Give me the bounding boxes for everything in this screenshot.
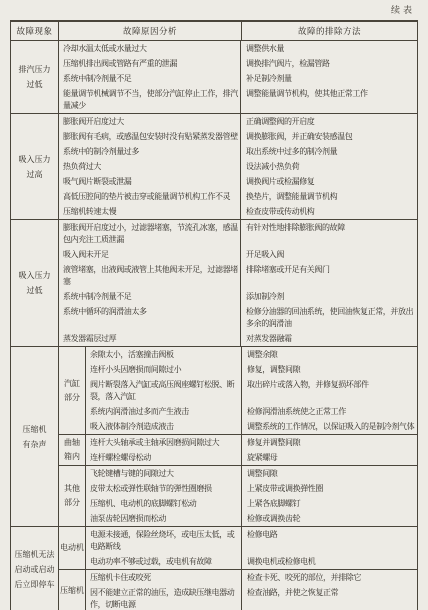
- cause-cell: 热负荷过大: [59, 159, 241, 174]
- cause-cell: 系统中制冷剂量不足: [59, 71, 241, 86]
- remedy-cell: 上紧皮带或调换弹性圈: [242, 481, 417, 496]
- rows-block: 冷却水温太低或水量过大调整供水量压缩机排出阀或管路有严重的泄漏调换排汽阀片，检漏…: [59, 41, 417, 113]
- cause-cell: 油泵齿轮因磨损而松动: [86, 511, 242, 526]
- remedy-cell: 对蒸发器融霜: [241, 331, 417, 346]
- header-cell: 故障的排除方法: [242, 22, 417, 40]
- remedy-cell: 检查皮带或传动机构: [241, 204, 417, 219]
- rows-block: 膨胀阀开启度过小，过滤器堵塞，节流孔冰塞，感温包内充注工质泄漏有针对性地排除膨胀…: [59, 220, 417, 346]
- cause-cell: 电动功率不够或过载，或电机有故障: [86, 554, 242, 569]
- table-row: 能量调节机械调节不当，使部分汽缸停止工作，排汽量减少调整能量调节机构，使其他正常…: [59, 86, 417, 113]
- rows-block: 飞轮键槽与键的间隙过大调整间隙皮带太松或弹性联轴节的弹性圈磨损上紧皮带或调换弹性…: [86, 466, 417, 526]
- cause-cell: 膨胀阀开启度过小，过滤器堵塞，节流孔冰塞，感温包内充注工质泄漏: [59, 220, 241, 247]
- remedy-cell: 换垫片，调整能量调节机构: [241, 189, 417, 204]
- table-row: 压缩机、电动机的底脚螺钉松动上紧各底脚螺钉: [86, 496, 417, 511]
- remedy-cell: 调整供水量: [241, 41, 417, 56]
- remedy-cell: 调整能量调节机构，使其他正常工作: [241, 86, 417, 113]
- remedy-cell: 正确调整阀的开启度: [241, 114, 417, 129]
- fault-table: 故障现象故障原因分析故障的排除方法排汽压力 过低冷却水温太低或水量过大调整供水量…: [10, 20, 418, 610]
- group-row: 吸入压力 过高膨胀阀开启度过大正确调整阀的开启度膨胀阀有毛病，或感温包安装时没有…: [11, 114, 417, 220]
- cause-cell: 压缩机卡住或咬死: [86, 570, 242, 585]
- cause-cell: 压缩机转速太慢: [59, 204, 241, 219]
- remedy-cell: 检查卡死、咬死的部位，并排除它: [242, 570, 417, 585]
- phenomenon-cell: 压缩机 有杂声: [11, 347, 59, 526]
- rows-block: 电源未接通，保险丝烧坏，或电压太低，或电路断线检修电路电动功率不够或过载，或电机…: [86, 527, 417, 569]
- remedy-cell: 调整系统的工作情况，以保证吸入的是制冷剂气体: [242, 419, 417, 434]
- cause-cell: 连杆大头轴承或主轴承因磨损间隙过大: [86, 435, 242, 450]
- group-row: 排汽压力 过低冷却水温太低或水量过大调整供水量压缩机排出阀或管路有严重的泄漏调换…: [11, 41, 417, 114]
- remedy-cell: 旋紧螺母: [242, 450, 417, 465]
- cause-cell: 飞轮键槽与键的间隙过大: [86, 466, 242, 481]
- subgroup-row: 汽缸 部分余隙太小，活塞撞击阀板调整余隙连杆小头因磨损而间隙过小修复，调整间隙阀…: [59, 347, 417, 435]
- cause-cell: 连杆螺栓螺母松动: [86, 450, 242, 465]
- table-row: 吸入阀未开足开足吸入阀: [59, 247, 417, 262]
- part-cell: 曲轴 箱内: [59, 435, 86, 465]
- cause-cell: 冷却水温太低或水量过大: [59, 41, 241, 56]
- table-row: 余隙太小，活塞撞击阀板调整余隙: [86, 347, 417, 362]
- cause-cell: 连杆小头因磨损而间隙过小: [86, 362, 242, 377]
- cause-cell: 电源未接通，保险丝烧坏，或电压太低，或电路断线: [86, 527, 242, 554]
- cause-cell: 蒸发器霜层过厚: [59, 331, 241, 346]
- table-row: 系统中制冷剂量不足添加制冷剂: [59, 289, 417, 304]
- remedy-cell: 调整余隙: [242, 347, 417, 362]
- remedy-cell: 调整间隙: [242, 466, 417, 481]
- table-row: 飞轮键槽与键的间隙过大调整间隙: [86, 466, 417, 481]
- part-cell: 汽缸 部分: [59, 347, 86, 434]
- table-row: 系统内润滑油过多而产生液击检修润滑油系统使之正常工作: [86, 404, 417, 419]
- group-row: 压缩机无法 启动或启动 后立即停车电动机电源未接通，保险丝烧坏，或电压太低，或电…: [11, 527, 417, 610]
- remedy-cell: 修复并调整间隙: [242, 435, 417, 450]
- part-cell: 电动机: [59, 527, 86, 569]
- continued-table-label: 续表: [391, 3, 415, 16]
- remedy-cell: 检修电路: [242, 527, 417, 554]
- part-cell: 其他 部分: [59, 466, 86, 526]
- remedy-cell: 开足吸入阀: [241, 247, 417, 262]
- phenomenon-cell: 吸入压力 过低: [11, 220, 59, 346]
- subgroup-row: 电动机电源未接通，保险丝烧坏，或电压太低，或电路断线检修电路电动功率不够或过载，…: [59, 527, 417, 570]
- cause-cell: 系统中循环的润滑油太多: [59, 304, 241, 331]
- table-row: 膨胀阀开启度过大正确调整阀的开启度: [59, 114, 417, 129]
- remedy-cell: 有针对性地排除膨胀阀的故障: [241, 220, 417, 247]
- phenomenon-cell: 排汽压力 过低: [11, 41, 59, 113]
- table-row: 皮带太松或弹性联轴节的弹性圈磨损上紧皮带或调换弹性圈: [86, 481, 417, 496]
- table-row: 连杆螺栓螺母松动旋紧螺母: [86, 450, 417, 465]
- remedy-cell: 检修润滑油系统使之正常工作: [242, 404, 417, 419]
- rows-block: 压缩机卡住或咬死检查卡死、咬死的部位，并排除它因不能建立正常的油压，造成缺压继电…: [86, 570, 417, 610]
- cause-cell: 吸入液体制冷剂造成液击: [86, 419, 242, 434]
- remedy-cell: 调换膨胀阀，并正确安装感温包: [241, 129, 417, 144]
- subgroup-row: 其他 部分飞轮键槽与键的间隙过大调整间隙皮带太松或弹性联轴节的弹性圈磨损上紧皮带…: [59, 466, 417, 526]
- table-row: 电动功率不够或过载，或电机有故障调换电机或检修电机: [86, 554, 417, 569]
- remedy-cell: 调换电机或检修电机: [242, 554, 417, 569]
- cause-cell: 能量调节机械调节不当，使部分汽缸停止工作，排汽量减少: [59, 86, 241, 113]
- table-row: 吸入液体制冷剂造成液击调整系统的工作情况，以保证吸入的是制冷剂气体: [86, 419, 417, 434]
- cause-cell: 阀片断裂落入汽缸或高压阀座螺钉松脱、断裂，落入汽缸: [86, 377, 242, 404]
- table-row: 阀片断裂落入汽缸或高压阀座螺钉松脱、断裂，落入汽缸取出碎片或落入物，并修复损坏部…: [86, 377, 417, 404]
- remedy-cell: 调换阀片或检漏修复: [241, 174, 417, 189]
- remedy-cell: 上紧各底脚螺钉: [242, 496, 417, 511]
- remedy-cell: 调换排汽阀片，检漏管路: [241, 56, 417, 71]
- remedy-cell: 设法减小热负荷: [241, 159, 417, 174]
- cause-cell: 因不能建立正常的油压，造成缺压继电器动作，切断电源: [86, 585, 242, 610]
- table-row: 压缩机排出阀或管路有严重的泄漏调换排汽阀片，检漏管路: [59, 56, 417, 71]
- cause-cell: 余隙太小，活塞撞击阀板: [86, 347, 242, 362]
- table-row: 冷却水温太低或水量过大调整供水量: [59, 41, 417, 56]
- table-row: 压缩机转速太慢检查皮带或传动机构: [59, 204, 417, 219]
- table-row: 热负荷过大设法减小热负荷: [59, 159, 417, 174]
- remedy-cell: 检修或调换齿轮: [242, 511, 417, 526]
- remedy-cell: 取出系统中过多的制冷剂量: [241, 144, 417, 159]
- subgroup-row: 压缩机压缩机卡住或咬死检查卡死、咬死的部位，并排除它因不能建立正常的油压，造成缺…: [59, 570, 417, 610]
- subgroup-row: 曲轴 箱内连杆大头轴承或主轴承因磨损间隙过大修复并调整间隙连杆螺栓螺母松动旋紧螺…: [59, 435, 417, 466]
- table-row: 连杆小头因磨损而间隙过小修复，调整间隙: [86, 362, 417, 377]
- cause-cell: 压缩机、电动机的底脚螺钉松动: [86, 496, 242, 511]
- table-header-row: 故障现象故障原因分析故障的排除方法: [11, 22, 417, 41]
- group-row: 吸入压力 过低膨胀阀开启度过小，过滤器堵塞，节流孔冰塞，感温包内充注工质泄漏有针…: [11, 220, 417, 347]
- table-row: 液管堵塞，出液阀或液管上其他阀未开足，过滤器堵塞排除堵塞或开足有关阀门: [59, 262, 417, 289]
- cause-cell: 压缩机排出阀或管路有严重的泄漏: [59, 56, 241, 71]
- remedy-cell: 检查油路，并使之恢复正常: [242, 585, 417, 610]
- table-row: 连杆大头轴承或主轴承因磨损间隙过大修复并调整间隙: [86, 435, 417, 450]
- remedy-cell: 取出碎片或落入物，并修复损坏部件: [242, 377, 417, 404]
- table-row: 油泵齿轮因磨损而松动检修或调换齿轮: [86, 511, 417, 526]
- cause-cell: 膨胀阀开启度过大: [59, 114, 241, 129]
- table-row: 电源未接通，保险丝烧坏，或电压太低，或电路断线检修电路: [86, 527, 417, 554]
- phenomenon-cell: 压缩机无法 启动或启动 后立即停车: [11, 527, 59, 610]
- cause-cell: 吸入阀未开足: [59, 247, 241, 262]
- document-page: 续表 故障现象故障原因分析故障的排除方法排汽压力 过低冷却水温太低或水量过大调整…: [0, 0, 428, 610]
- table-row: 系统中制冷剂量不足补足制冷剂量: [59, 71, 417, 86]
- table-row: 吸气阀片断裂或泄漏调换阀片或检漏修复: [59, 174, 417, 189]
- remedy-cell: 检修分油器的回油系统，使回油恢复正常，并放出多余的润滑油: [241, 304, 417, 331]
- table-row: 系统中循环的润滑油太多检修分油器的回油系统，使回油恢复正常，并放出多余的润滑油: [59, 304, 417, 331]
- phenomenon-cell: 吸入压力 过高: [11, 114, 59, 219]
- rows-block: 膨胀阀开启度过大正确调整阀的开启度膨胀阀有毛病，或感温包安装时没有贴紧蒸发器管壁…: [59, 114, 417, 219]
- table-row: 膨胀阀有毛病，或感温包安装时没有贴紧蒸发器管壁调换膨胀阀，并正确安装感温包: [59, 129, 417, 144]
- remedy-cell: 修复，调整间隙: [242, 362, 417, 377]
- cause-cell: 系统内润滑油过多而产生液击: [86, 404, 242, 419]
- table-row: 因不能建立正常的油压，造成缺压继电器动作，切断电源检查油路，并使之恢复正常: [86, 585, 417, 610]
- cause-cell: 系统中的制冷剂量过多: [59, 144, 241, 159]
- remedy-cell: 排除堵塞或开足有关阀门: [241, 262, 417, 289]
- part-cell: 压缩机: [59, 570, 86, 610]
- subgroups-block: 汽缸 部分余隙太小，活塞撞击阀板调整余隙连杆小头因磨损而间隙过小修复，调整间隙阀…: [59, 347, 417, 526]
- cause-cell: 液管堵塞，出液阀或液管上其他阀未开足，过滤器堵塞: [59, 262, 241, 289]
- table-row: 高低压腔间的垫片被击穿或能量调节机构工作不灵换垫片，调整能量调节机构: [59, 189, 417, 204]
- remedy-cell: 添加制冷剂: [241, 289, 417, 304]
- rows-block: 余隙太小，活塞撞击阀板调整余隙连杆小头因磨损而间隙过小修复，调整间隙阀片断裂落入…: [86, 347, 417, 434]
- group-row: 压缩机 有杂声汽缸 部分余隙太小，活塞撞击阀板调整余隙连杆小头因磨损而间隙过小修…: [11, 347, 417, 527]
- table-row: 膨胀阀开启度过小，过滤器堵塞，节流孔冰塞，感温包内充注工质泄漏有针对性地排除膨胀…: [59, 220, 417, 247]
- table-row: 蒸发器霜层过厚对蒸发器融霜: [59, 331, 417, 346]
- cause-cell: 吸气阀片断裂或泄漏: [59, 174, 241, 189]
- header-cell: 故障原因分析: [59, 22, 242, 40]
- header-cell: 故障现象: [11, 22, 59, 40]
- cause-cell: 系统中制冷剂量不足: [59, 289, 241, 304]
- cause-cell: 皮带太松或弹性联轴节的弹性圈磨损: [86, 481, 242, 496]
- table-row: 压缩机卡住或咬死检查卡死、咬死的部位，并排除它: [86, 570, 417, 585]
- table-row: 系统中的制冷剂量过多取出系统中过多的制冷剂量: [59, 144, 417, 159]
- cause-cell: 高低压腔间的垫片被击穿或能量调节机构工作不灵: [59, 189, 241, 204]
- cause-cell: 膨胀阀有毛病，或感温包安装时没有贴紧蒸发器管壁: [59, 129, 241, 144]
- subgroups-block: 电动机电源未接通，保险丝烧坏，或电压太低，或电路断线检修电路电动功率不够或过载，…: [59, 527, 417, 610]
- rows-block: 连杆大头轴承或主轴承因磨损间隙过大修复并调整间隙连杆螺栓螺母松动旋紧螺母: [86, 435, 417, 465]
- remedy-cell: 补足制冷剂量: [241, 71, 417, 86]
